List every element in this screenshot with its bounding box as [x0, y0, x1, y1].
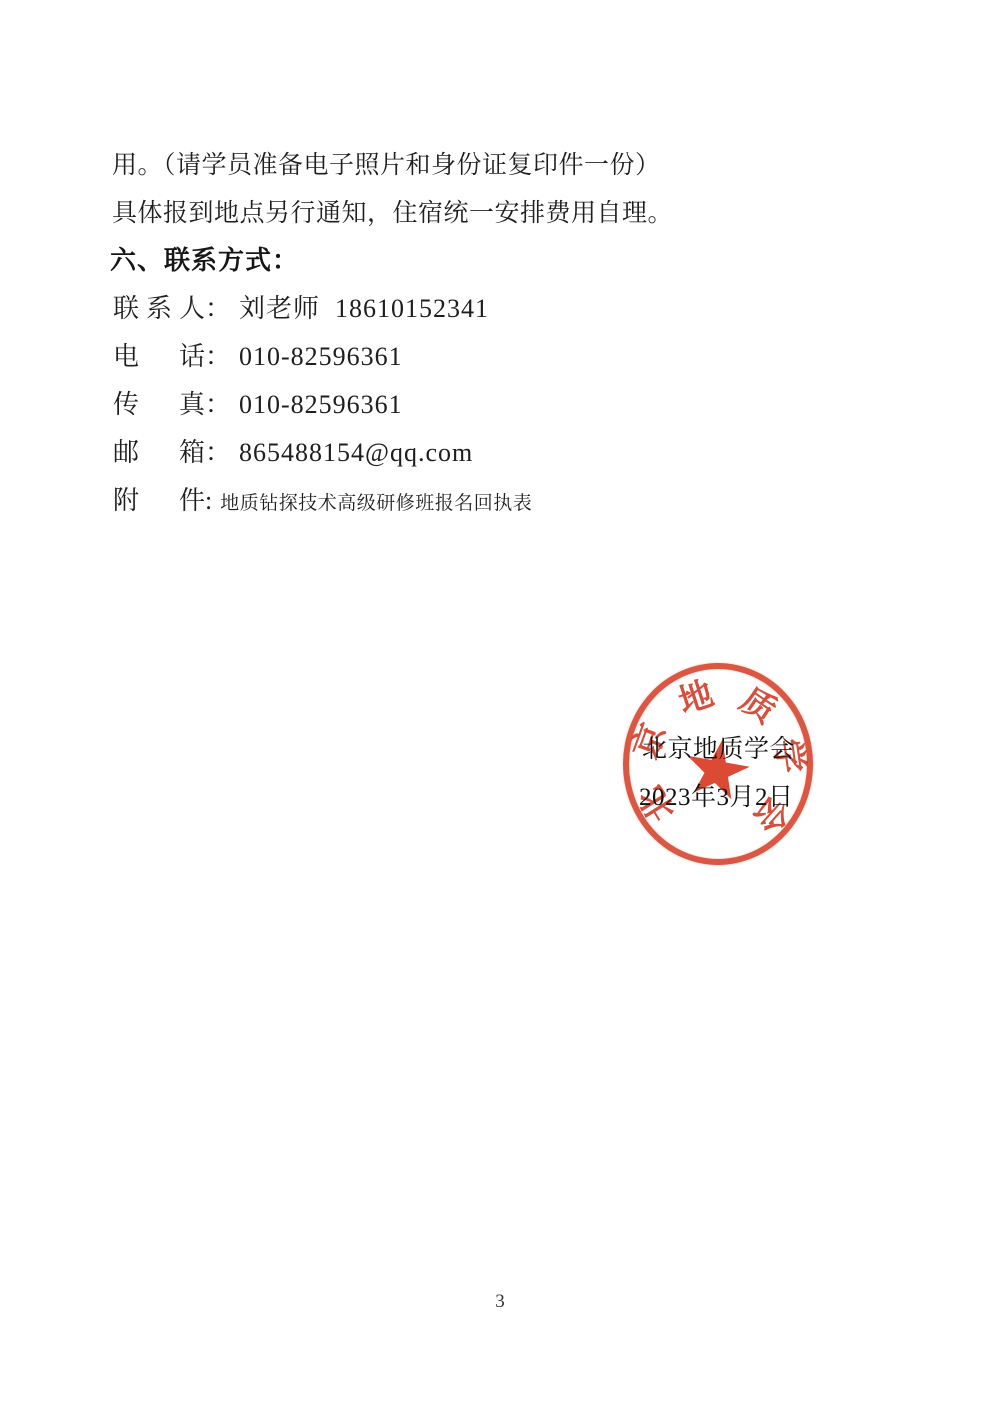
signature-organization: 北京地质学会 — [642, 729, 795, 765]
contact-label: 邮箱 — [113, 432, 205, 469]
contact-row-phone: 电话：010-82596361 — [113, 336, 403, 373]
contact-colon: ： — [205, 288, 231, 325]
document-page: 用。（请学员准备电子照片和身份证复印件一份） 具体报到地点另行通知，住宿统一安排… — [0, 0, 1000, 1416]
contact-label: 传真 — [113, 384, 205, 421]
contact-value: 865488154@qq.com — [239, 438, 473, 467]
section-heading-contact: 六、联系方式： — [110, 240, 299, 277]
contact-colon: ： — [205, 432, 231, 469]
contact-row-email: 邮箱：865488154@qq.com — [113, 432, 473, 469]
contact-value: 刘老师 18610152341 — [239, 294, 489, 323]
contact-value: 地质钻探技术高级研修班报名回执表 — [220, 493, 532, 514]
signature-date: 2023年3月2日 — [639, 777, 794, 813]
paragraph-continuation: 用。（请学员准备电子照片和身份证复印件一份） — [112, 145, 661, 181]
contact-value: 010-82596361 — [239, 390, 403, 419]
contact-colon: : — [205, 486, 212, 516]
contact-row-fax: 传真：010-82596361 — [113, 384, 403, 421]
contact-row-person: 联系人：刘老师 18610152341 — [113, 288, 489, 325]
paragraph: 具体报到地点另行通知，住宿统一安排费用自理。 — [112, 193, 673, 229]
page-number: 3 — [0, 1291, 1000, 1313]
contact-label: 附件 — [113, 480, 205, 517]
contact-label: 联系人 — [113, 288, 205, 325]
contact-colon: ： — [205, 336, 231, 373]
contact-value: 010-82596361 — [239, 342, 403, 371]
contact-label: 电话 — [113, 336, 205, 373]
contact-colon: ： — [205, 384, 231, 421]
contact-row-attachment: 附件:地质钻探技术高级研修班报名回执表 — [113, 480, 532, 517]
